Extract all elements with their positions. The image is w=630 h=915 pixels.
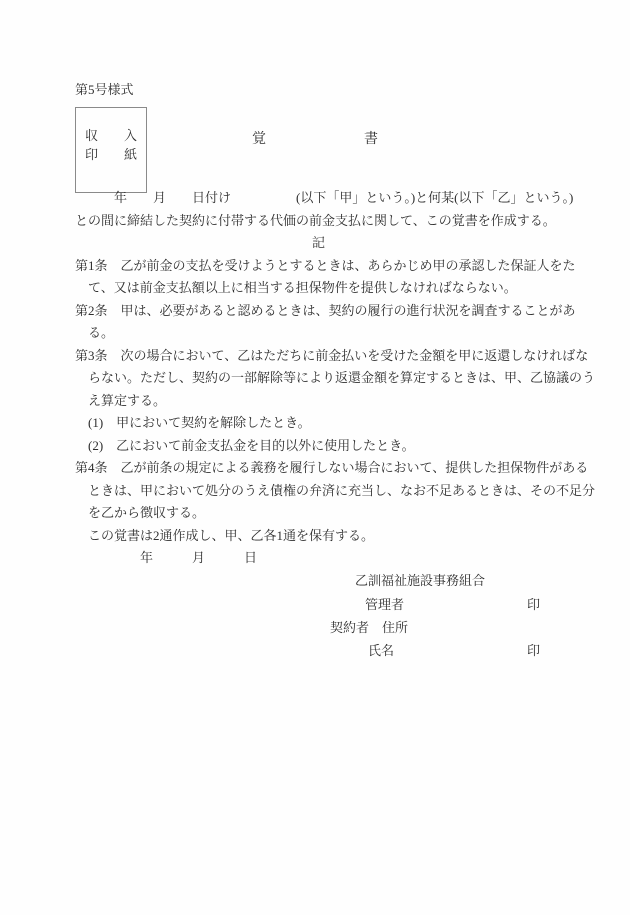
body-line-article1-2: て、又は前金支払額以上に相当する担保物件を提供しなければならない。 bbox=[75, 277, 562, 300]
body-line-article3-item2: (2) 乙において前金支払金を目的以外に使用したとき。 bbox=[75, 435, 562, 458]
signature-name-label: 氏名 bbox=[368, 642, 394, 660]
body-line-article4-1: 第4条 乙が前条の規定による義務を履行しない場合において、提供した担保物件がある bbox=[75, 457, 562, 480]
body-line-article4-3: を乙から徴収する。 bbox=[75, 502, 562, 525]
section-marker-ki: 記 bbox=[75, 232, 562, 255]
body-line-article3-3: え算定する。 bbox=[75, 390, 562, 413]
signature-manager-label: 管理者 bbox=[365, 596, 404, 614]
body-line-preamble: との間に締結した契約に付帯する代価の前金支払に関して、この覚書を作成する。 bbox=[75, 210, 562, 233]
body-line-article3-2: らない。ただし、契約の一部解除等により返還金額を算定するときは、甲、乙協議のう bbox=[75, 367, 562, 390]
body-line-article4-2: ときは、甲において処分のうえ債権の弁済に充当し、なお不足あるときは、その不足分 bbox=[75, 480, 562, 503]
body-line-signature-date: 年 月 日 bbox=[75, 547, 562, 570]
document-body: 年 月 日付け (以下「甲」という。)と何某(以下「乙」という。) との間に締結… bbox=[75, 187, 562, 570]
body-line-copies-clause: この覚書は2通作成し、甲、乙各1通を保有する。 bbox=[75, 525, 562, 548]
body-line-article3-item1: (1) 甲において契約を解除したとき。 bbox=[75, 412, 562, 435]
name-seal-mark: 印 bbox=[527, 642, 540, 660]
form-number-label: 第5号様式 bbox=[75, 82, 134, 98]
signature-contractor-address-label: 契約者 住所 bbox=[330, 619, 408, 637]
body-line-article1-1: 第1条 乙が前金の支払を受けようとするときは、あらかじめ甲の承認した保証人をた bbox=[75, 255, 562, 278]
body-line-article2-2: る。 bbox=[75, 322, 562, 345]
body-line-article2-1: 第2条 甲は、必要があると認めるときは、契約の履行の進行状況を調査することがあ bbox=[75, 300, 562, 323]
body-line-date-parties: 年 月 日付け (以下「甲」という。)と何某(以下「乙」という。) bbox=[75, 187, 562, 210]
document-title: 覚 書 bbox=[0, 131, 630, 149]
body-line-article3-1: 第3条 次の場合において、乙はただちに前金払いを受けた金額を甲に返還しなければな bbox=[75, 345, 562, 368]
memorandum-document-page: 第5号様式 収 入 印 紙 覚 書 年 月 日付け (以下「甲」という。)と何某… bbox=[0, 0, 630, 915]
revenue-stamp-box: 収 入 印 紙 bbox=[75, 107, 147, 193]
manager-seal-mark: 印 bbox=[527, 596, 540, 614]
signature-organization-name: 乙訓福祉施設事務組合 bbox=[355, 572, 485, 590]
